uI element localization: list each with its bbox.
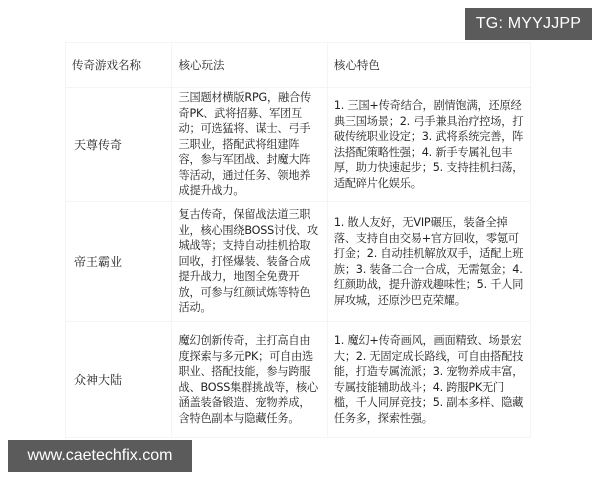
header-core-gameplay: 核心玩法 [172, 43, 327, 88]
game-name-cell: 帝王霸业 [66, 202, 172, 322]
game-name-cell: 天尊传奇 [66, 88, 172, 202]
legend-games-table: 传奇游戏名称 核心玩法 核心特色 天尊传奇 三国题材横版RPG，融合传奇PK、武… [65, 42, 531, 438]
watermark-telegram: TG: MYYJJPP [465, 8, 592, 40]
header-core-features: 核心特色 [327, 43, 530, 88]
features-cell: 1. 三国+传奇结合，剧情饱满，还原经典三国场景；2. 弓手兼具治疗控场，打破传… [327, 88, 530, 202]
table-header-row: 传奇游戏名称 核心玩法 核心特色 [66, 43, 531, 88]
watermark-website: www.caetechfix.com [8, 440, 192, 472]
table-row: 天尊传奇 三国题材横版RPG，融合传奇PK、武将招募、军团互动；可选猛将、谋士、… [66, 88, 531, 202]
features-cell: 1. 魔幻+传奇画风，画面精致、场景宏大；2. 无固定成长路线，可自由搭配技能，… [327, 322, 530, 438]
features-cell: 1. 散人友好，无VIP碾压，装备全掉落、支持自由交易+官方回收，零氪可打金；2… [327, 202, 530, 322]
gameplay-cell: 三国题材横版RPG，融合传奇PK、武将招募、军团互动；可选猛将、谋士、弓手三职业… [172, 88, 327, 202]
page: 传奇游戏名称 核心玩法 核心特色 天尊传奇 三国题材横版RPG，融合传奇PK、武… [0, 0, 600, 480]
gameplay-cell: 魔幻创新传奇，主打高自由度探索与多元PK；可自由选职业、搭配技能，参与跨服战、B… [172, 322, 327, 438]
header-game-name: 传奇游戏名称 [66, 43, 172, 88]
game-name-cell: 众神大陆 [66, 322, 172, 438]
table-row: 众神大陆 魔幻创新传奇，主打高自由度探索与多元PK；可自由选职业、搭配技能，参与… [66, 322, 531, 438]
table-row: 帝王霸业 复古传奇，保留战法道三职业，核心围绕BOSS讨伐、攻城战等；支持自动挂… [66, 202, 531, 322]
gameplay-cell: 复古传奇，保留战法道三职业，核心围绕BOSS讨伐、攻城战等；支持自动挂机拾取回收… [172, 202, 327, 322]
